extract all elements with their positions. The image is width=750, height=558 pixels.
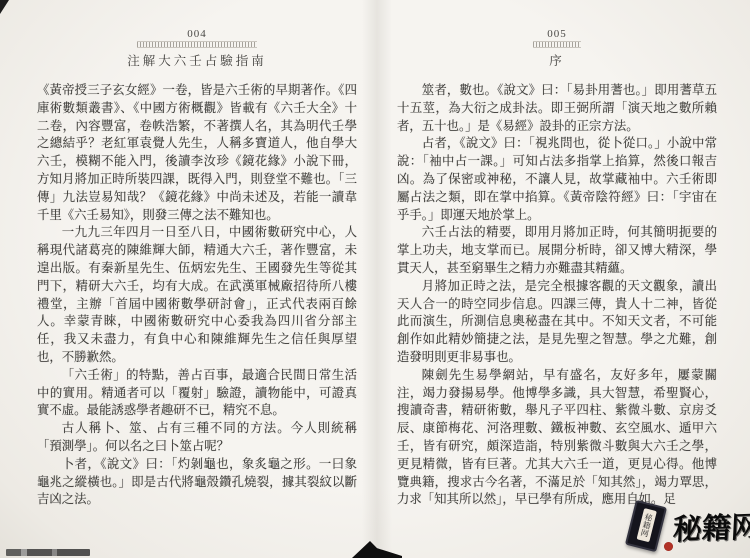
page-gutter-shadow xyxy=(362,0,392,558)
paragraph: 月將加正時之法，是完全根據客觀的天文觀象，讀出天人合一的時空同步信息。四課三傳，… xyxy=(397,278,717,367)
paragraph: 一九九三年四月一日至八日，中國術數研究中心，人稱現代諸葛亮的陳維輝大師，精通大六… xyxy=(37,224,357,366)
left-running-title: 注解大六壬占驗指南 xyxy=(37,51,357,69)
paragraph: 「六壬術」的特點，善占百事，最適合民間日常生活中的實用。精通者可以「覆射」驗證，… xyxy=(37,367,357,420)
right-page-body: 筮者，數也。《說文》曰：「易卦用蓍也。」即用蓍草五十五莖，為大衍之成卦法。即王弼… xyxy=(397,82,717,509)
book-icon-label: 秘籍网 xyxy=(637,508,657,542)
left-page-number: 004 xyxy=(37,28,357,40)
header-ornament-icon xyxy=(137,41,257,48)
paragraph: 筮者，數也。《說文》曰：「易卦用蓍也。」即用蓍草五十五莖，為大衍之成卦法。即王弼… xyxy=(397,82,717,135)
right-page-header: 005 序 xyxy=(397,28,717,69)
watermark-mijiwang: 秘籍网 秘籍网 xyxy=(622,500,750,558)
paragraph: 陳劍先生易學網站，早有盛名，友好多年，屢蒙關注，竭力發揚易學。他博學多識，具大智… xyxy=(397,367,717,509)
paragraph: 占者，《說文》曰：「視兆問也，從卜從口。」小說中常說：「袖中占一課。」可知占法多… xyxy=(397,135,717,224)
book-icon: 秘籍网 xyxy=(625,500,667,552)
paragraph: 六壬占法的精要，即用月將加正時，何其簡明扼要的掌上功夫，地支掌而已。展開分析時，… xyxy=(397,224,717,277)
watermark-text: 秘籍网 xyxy=(672,504,750,548)
left-page: 004 注解大六壬占驗指南 《黃帝授三子玄女經》一卷，皆是六壬術的早期著作。《四… xyxy=(37,28,357,509)
right-running-title: 序 xyxy=(397,51,717,69)
scan-artifact-corner xyxy=(0,0,9,14)
right-page-number: 005 xyxy=(397,28,717,40)
book-scan-spread: 004 注解大六壬占驗指南 《黃帝授三子玄女經》一卷，皆是六壬術的早期著作。《四… xyxy=(0,0,750,558)
left-page-body: 《黃帝授三子玄女經》一卷，皆是六壬術的早期著作。《四庫術數類叢書》、《中國方術概… xyxy=(37,82,357,509)
right-page: 005 序 筮者，數也。《說文》曰：「易卦用蓍也。」即用蓍草五十五莖，為大衍之成… xyxy=(397,28,717,509)
paragraph: 卜者，《說文》曰：「灼剝龜也，象炙龜之形。一曰象龜兆之縱橫也。」即是古代將龜殼鑽… xyxy=(37,456,357,509)
scan-artifact-smudge xyxy=(6,549,90,556)
left-page-header: 004 注解大六壬占驗指南 xyxy=(37,28,357,69)
header-ornament-icon xyxy=(533,41,581,48)
paragraph: 《黃帝授三子玄女經》一卷，皆是六壬術的早期著作。《四庫術數類叢書》、《中國方術概… xyxy=(37,82,357,224)
paragraph: 古人稱卜、筮、占有三種不同的方法。今人則統稱「預測學」。何以名之曰卜筮占呢？ xyxy=(37,420,357,456)
